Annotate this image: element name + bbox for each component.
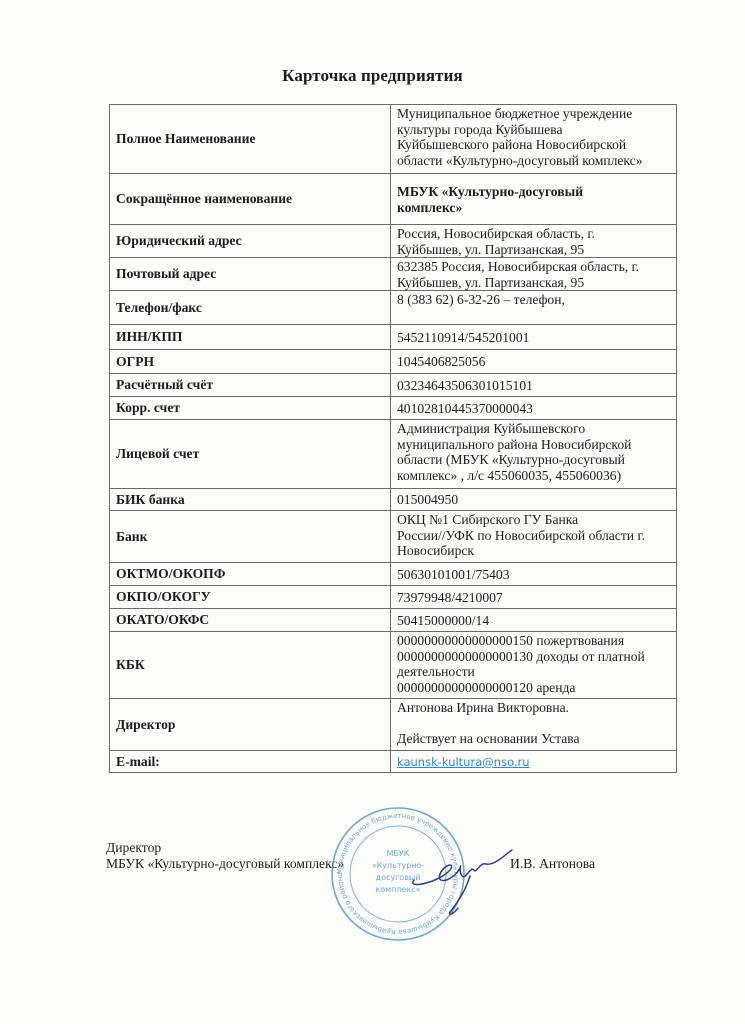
table-row: ОГРН 1045406825056 xyxy=(110,350,677,374)
row-label: Сокращённое наименование xyxy=(110,174,391,225)
value-line: комплекс» xyxy=(397,200,671,216)
value-line: 00000000000000000120 аренда xyxy=(397,680,671,696)
row-label: Расчётный счёт xyxy=(110,374,391,397)
row-label: ОКТМО/ОКОПФ xyxy=(110,563,391,586)
signature-block: Директор МБУК «Культурно-досуговый компл… xyxy=(106,840,344,872)
row-label: ИНН/КПП xyxy=(110,325,391,350)
table-row: Сокращённое наименование МБУК «Культурно… xyxy=(110,174,677,225)
table-row: Банк ОКЦ №1 Сибирского ГУ Банка России//… xyxy=(110,511,677,563)
value-line-spacer xyxy=(397,716,671,732)
row-label: Банк xyxy=(110,511,391,563)
row-value: Администрация Куйбышевского муниципально… xyxy=(391,420,677,489)
row-label: E-mail: xyxy=(110,751,391,773)
signer-name: И.В. Антонова xyxy=(510,856,595,872)
value-line: 00000000000000000150 пожертвования xyxy=(397,633,671,649)
row-label: ОГРН xyxy=(110,350,391,374)
row-label: Полное Наименование xyxy=(110,105,391,174)
row-value: МБУК «Культурно-досуговый комплекс» xyxy=(391,174,677,225)
value-line: муниципального района Новосибирской xyxy=(397,437,671,453)
table-row: Лицевой счет Администрация Куйбышевского… xyxy=(110,420,677,489)
row-label: КБК xyxy=(110,632,391,699)
row-value: 1045406825056 xyxy=(391,350,677,374)
row-value: Антонова Ирина Викторовна. Действует на … xyxy=(391,699,677,751)
row-value: Россия, Новосибирская область, г. Куйбыш… xyxy=(391,225,677,258)
enterprise-card-table: Полное Наименование Муниципальное бюджет… xyxy=(109,104,677,773)
value-line: Действует на основании Устава xyxy=(397,731,671,747)
table-row: Корр. счет 40102810445370000043 xyxy=(110,397,677,420)
table-row: ОКПО/ОКОГУ 73979948/4210007 xyxy=(110,586,677,609)
page-title: Карточка предприятия xyxy=(0,66,745,86)
value-line: Куйбышев, ул. Партизанская, 95 xyxy=(397,242,671,258)
value-line: ОКЦ №1 Сибирского ГУ Банка xyxy=(397,512,671,528)
table-row: БИК банка 015004950 xyxy=(110,489,677,511)
value-line: комплекс» , л/с 455060035, 455060036) xyxy=(397,468,671,484)
value-line: области «Культурно-досуговый комплекс» xyxy=(397,153,671,169)
row-value: Муниципальное бюджетное учреждение культ… xyxy=(391,105,677,174)
table-row: Юридический адрес Россия, Новосибирская … xyxy=(110,225,677,258)
value-line: Новосибирск xyxy=(397,543,671,559)
row-label: Директор xyxy=(110,699,391,751)
row-value: 40102810445370000043 xyxy=(391,397,677,420)
value-line: 632385 Россия, Новосибирская область, г. xyxy=(397,259,671,275)
row-value: 50415000000/14 xyxy=(391,609,677,632)
row-label: Корр. счет xyxy=(110,397,391,420)
signer-position: Директор xyxy=(106,840,344,856)
table-row: КБК 00000000000000000150 пожертвования 0… xyxy=(110,632,677,699)
value-line: Администрация Куйбышевского xyxy=(397,421,671,437)
value-line: 00000000000000000130 доходы от платной xyxy=(397,649,671,665)
value-line: Куйбышев, ул. Партизанская, 95 xyxy=(397,275,671,291)
signer-organization: МБУК «Культурно-досуговый комплекс» xyxy=(106,856,344,872)
table-row: E-mail: kaunsk-kultura@nso.ru xyxy=(110,751,677,773)
row-label: Лицевой счет xyxy=(110,420,391,489)
row-label: ОКПО/ОКОГУ xyxy=(110,586,391,609)
row-value: 5452110914/545201001 xyxy=(391,325,677,350)
table-row: Телефон/факс 8 (383 62) 6-32-26 – телефо… xyxy=(110,291,677,325)
table-row: ИНН/КПП 5452110914/545201001 xyxy=(110,325,677,350)
row-value: 8 (383 62) 6-32-26 – телефон, xyxy=(391,291,677,325)
value-line: культуры города Куйбышева xyxy=(397,122,671,138)
table-row: Полное Наименование Муниципальное бюджет… xyxy=(110,105,677,174)
value-line: МБУК «Культурно-досуговый xyxy=(397,184,671,200)
table-row: Директор Антонова Ирина Викторовна. Дейс… xyxy=(110,699,677,751)
value-line: деятельности xyxy=(397,664,671,680)
email-link[interactable]: kaunsk-kultura@nso.ru xyxy=(397,755,530,769)
table-row: Почтовый адрес 632385 Россия, Новосибирс… xyxy=(110,258,677,291)
value-line: Россия, Новосибирская область, г. xyxy=(397,226,671,242)
value-line: Куйбышевского района Новосибирской xyxy=(397,137,671,153)
table-row: Расчётный счёт 03234643506301015101 xyxy=(110,374,677,397)
value-line: 8 (383 62) 6-32-26 – телефон, xyxy=(397,292,671,308)
row-value: 015004950 xyxy=(391,489,677,511)
row-value: ОКЦ №1 Сибирского ГУ Банка России//УФК п… xyxy=(391,511,677,563)
row-value: 00000000000000000150 пожертвования 00000… xyxy=(391,632,677,699)
row-value: 03234643506301015101 xyxy=(391,374,677,397)
row-label: ОКАТО/ОКФС xyxy=(110,609,391,632)
row-value: 50630101001/75403 xyxy=(391,563,677,586)
row-label: БИК банка xyxy=(110,489,391,511)
row-label: Юридический адрес xyxy=(110,225,391,258)
row-value: 632385 Россия, Новосибирская область, г.… xyxy=(391,258,677,291)
row-label: Телефон/факс xyxy=(110,291,391,325)
row-value: 73979948/4210007 xyxy=(391,586,677,609)
row-label: Почтовый адрес xyxy=(110,258,391,291)
value-line: Муниципальное бюджетное учреждение xyxy=(397,106,671,122)
value-line: Антонова Ирина Викторовна. xyxy=(397,700,671,716)
handwritten-signature-icon xyxy=(400,840,520,920)
value-line: области (МБУК «Культурно-досуговый xyxy=(397,452,671,468)
table-row: ОКТМО/ОКОПФ 50630101001/75403 xyxy=(110,563,677,586)
row-value: kaunsk-kultura@nso.ru xyxy=(391,751,677,773)
table-row: ОКАТО/ОКФС 50415000000/14 xyxy=(110,609,677,632)
value-line: России//УФК по Новосибирской области г. xyxy=(397,528,671,544)
